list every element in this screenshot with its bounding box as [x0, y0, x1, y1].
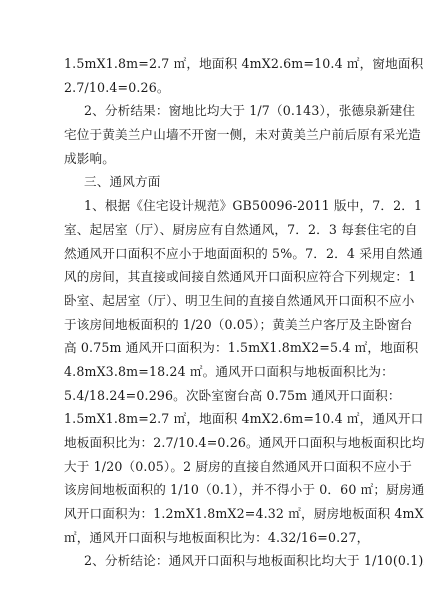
text-line: 于该房间地板面积的 1/20（0.05）；黄美兰户客厅及主卧窗台 [64, 313, 362, 337]
text-line: 4.8mX3.8m=18.24 ㎡。通风开口面积与地板面积比为： [64, 360, 362, 384]
text-line: 成影响。 [64, 147, 362, 171]
text-line: 宅位于黄美兰户山墙不开窗一侧，未对黄美兰户前后原有采光造 [64, 123, 362, 147]
text-line: 5.4/18.24=0.296。次卧室窗台高 0.75m 通风开口面积： [64, 384, 362, 408]
text-line: 2.7/10.4=0.26。 [64, 76, 362, 100]
text-line: 风开口面积为：1.2mX1.8mX2=4.32 ㎡，厨房地板面积 4mX4m=1… [64, 502, 362, 526]
text-line: 高 0.75m 通风开口面积为：1.5mX1.8mX2=5.4 ㎡，地面积 [64, 336, 362, 360]
paragraph-ventilation-conclusion: 2、分析结论：通风开口面积与地板面积比均大于 1/10(0.1)。 [64, 549, 362, 573]
text-line: ㎡，通风开口面积与地板面积比为：4.32/16=0.27， [64, 526, 362, 550]
text-line: 然通风开口面积不应小于地面面积的 5%。7．2．4 采用自然通 [64, 242, 362, 266]
document-page: 1.5mX1.8m=2.7 ㎡，地面积 4mX2.6m=10.4 ㎡，窗地面积比… [64, 52, 362, 573]
text-line: 卧室、起居室（厅）、明卫生间的直接自然通风开口面积不应小 [64, 289, 362, 313]
text-line: 地板面积比为：2.7/10.4=0.26。通风开口面积与地板面积比均 [64, 431, 362, 455]
text-line: 1.5mX1.8m=2.7 ㎡，地面积 4mX2.6m=10.4 ㎡，窗地面积比… [64, 52, 362, 76]
text-line: 1.5mX1.8m=2.7 ㎡，地面积 4mX2.6m=10.4 ㎡，通风开口面… [64, 407, 362, 431]
text-line: 该房间地板面积的 1/10（0.1），并不得小于 0．60 ㎡；厨房通 [64, 478, 362, 502]
paragraph-ventilation-spec: 1、根据《住宅设计规范》GB50096-2011 版中，7．2．1 卧 [64, 194, 362, 218]
text-line: 室、起居室（厅）、厨房应有自然通风，7．2．3 每套住宅的自 [64, 218, 362, 242]
paragraph-analysis-result: 2、分析结果：窗地比均大于 1/7（0.143），张德泉新建住 [64, 99, 362, 123]
text-line: 风的房间，其直接或间接自然通风开口面积应符合下列规定：1 [64, 265, 362, 289]
section-heading-ventilation: 三、通风方面 [64, 170, 362, 194]
text-line: 大于 1/20（0.05）。2 厨房的直接自然通风开口面积不应小于 [64, 455, 362, 479]
